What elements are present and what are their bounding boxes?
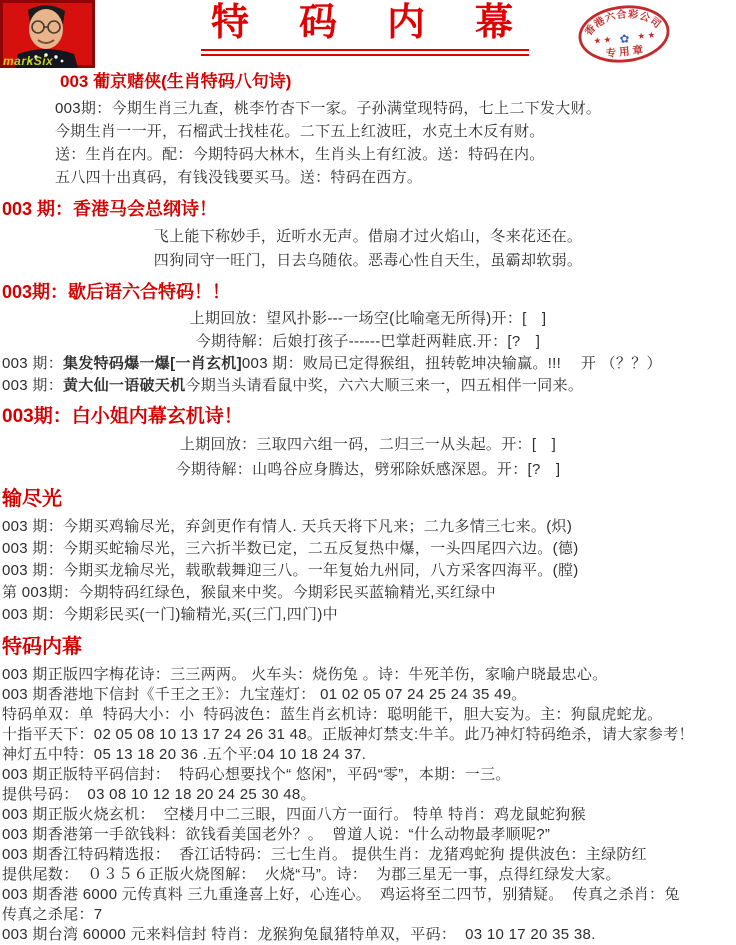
poem-line: 今期生肖一一开，石榴武士找桂花。二下五上红波旺，水克土木反有财。 <box>55 120 736 143</box>
section-shujinguang: 输尽光 003 期：今期买鸡输尽光，弃剑更作有情人. 天兵天将下凡来；二九多情三… <box>0 487 736 626</box>
tip-line: 003 期：今期买鸡输尽光，弃剑更作有情人. 天兵天将下凡来；二九多情三七来。(… <box>2 516 736 538</box>
tip-row: 003 期：黄大仙一语破天机今期当头请看鼠中奖，六六大顺三来一，四五相伴一同来。 <box>2 375 736 397</box>
tip-line: 003 期正版火烧玄机： 空楼月中二三眼，四面八方一面行。 特单 特肖：鸡龙鼠蛇… <box>2 805 736 825</box>
tip-line: 提供号码： 03 08 10 12 18 20 24 25 30 48。 <box>2 785 736 805</box>
stamp-flower-icon: ✿ <box>619 33 630 46</box>
tip-line: 十指平天下：02 05 08 10 13 17 24 26 31 48。正版神灯… <box>2 725 736 745</box>
recap-line: 上期回放：三取四六组一码，二归三一从头起。开：[ ] <box>0 432 736 457</box>
tip-row: 003 期：集发特码爆一爆[一肖玄机]003 期：败局已定得猴组，扭转乾坤决输赢… <box>2 353 736 375</box>
section-heading: 003 葡京赌侠(生肖特码八句诗) <box>60 71 736 92</box>
tip-line: 003 期正版四字梅花诗：三三两两。 火车头：烧伤兔 。诗：牛死羊伤，家喻户晓最… <box>2 665 736 685</box>
recap-line: 上期回放：望风扑影---一场空(比喻毫无所得)开：[ ] <box>0 307 736 330</box>
poem-line: 四狗同守一旺门，日去乌随依。恶毒心性自天生，虽霸却软弱。 <box>0 249 736 273</box>
tip-prefix: 003 期： <box>2 355 63 372</box>
tip-line: 003 期香港第一手欲钱料：欲钱看美国老外？。 曾道人说：“什么动物最孝顺呢?” <box>2 825 736 845</box>
tip-text: 003 期：败局已定得猴组，扭转乾坤决输赢。!!! 开 （？？） <box>242 355 662 372</box>
tip-line: 第 003期：今期特码红绿色，猴鼠来中奖。今期彩民买蓝输精光,买红绿中 <box>2 582 736 604</box>
poem-line: 003期：今期生肖三九查，桃李竹杏下一家。子孙满堂现特码，七上二下发大财。 <box>55 97 736 120</box>
tip-line: 003 期香港 6000 元传真料 三九重逢喜上好，心连心。 鸡运将至二四节，别… <box>2 885 736 905</box>
poem-line: 送：生肖在内。配：今期特码大林木，生肖头上有红波。送：特码在内。 <box>55 143 736 166</box>
section-baixiaojie: 003期：白小姐内幕玄机诗！ 上期回放：三取四六组一码，二归三一从头起。开：[ … <box>0 405 736 482</box>
portrait-photo: markSix <box>0 0 95 68</box>
stamp-oval: 香港六合彩公司 ★ ★ ✿ ★ ★ 专用章 <box>573 0 675 70</box>
tip-bold-label: 黄大仙一语破天机 <box>63 377 185 394</box>
tip-line: 神灯五中特：05 13 18 20 36 .五个平:04 10 18 24 37… <box>2 745 736 765</box>
poem-line: 五八四十出真码，有钱没钱要买马。送：特码在西方。 <box>55 166 736 189</box>
pending-line: 今期待解：山鸣谷应身腾达，劈邪除妖感深恩。开：[? ] <box>0 457 736 482</box>
marksix-watermark: markSix <box>3 55 53 68</box>
section-heading: 输尽光 <box>2 487 736 511</box>
page-title: 特 码 内 幕 <box>201 0 529 56</box>
title-block: 特 码 内 幕 <box>150 0 580 56</box>
section-heading: 003期：歇后语六合特码！！ <box>2 281 736 303</box>
section-tema-neimu: 特码内幕 003 期正版四字梅花诗：三三两两。 火车头：烧伤兔 。诗：牛死羊伤，… <box>0 635 736 945</box>
tip-line: 特码单双：单 特码大小：小 特码波色：蓝生肖玄机诗：聪明能干，胆大妄为。主：狗鼠… <box>2 705 736 725</box>
tip-line: 003 期：今期买龙输尽光，载歌载舞迎三八。一年复始九州同，八方采客四海平。(膛… <box>2 560 736 582</box>
stamp-stars-right: ★ ★ <box>637 29 656 41</box>
tip-line: 003 期正版特平码信封： 特码心想要找个“ 悠闲”，平码“零”，本期：一三。 <box>2 765 736 785</box>
section-xiehouyu: 003期：歇后语六合特码！！ 上期回放：望风扑影---一场空(比喻毫无所得)开：… <box>0 281 736 397</box>
stamp-stars-left: ★ ★ <box>593 34 612 46</box>
section-heading: 特码内幕 <box>2 635 736 659</box>
tip-line: 提供尾数： ０３５６正版火烧图解： 火烧“马”。诗： 为郡三星无一事，点得红绿发… <box>2 865 736 885</box>
tip-line: 003 期台湾 60000 元来料信封 特肖：龙猴狗兔鼠猪特单双，平码： 03 … <box>2 925 736 945</box>
tip-line: 003 期香江特码精选报： 香江话特码：三七生肖。 提供生肖：龙猪鸡蛇狗 提供波… <box>2 845 736 865</box>
poem-line: 飞上能下称妙手，近听水无声。借扇才过火焰山，冬来花还在。 <box>0 225 736 249</box>
tip-line: 003 期：今期彩民买(一门)输精光,买(三门,四门)中 <box>2 604 736 626</box>
pending-line: 今期待解：后娘打孩子------巴掌赶两鞋底.开：[? ] <box>0 330 736 353</box>
section-hkjc-poem: 003 期：香港马会总纲诗！ 飞上能下称妙手，近听水无声。借扇才过火焰山，冬来花… <box>0 198 736 273</box>
tip-line: 传真之杀尾：7 <box>2 905 736 925</box>
flyer-page: markSix 特 码 内 幕 香港六合彩公司 ★ ★ ✿ ★ ★ 专用章 00… <box>0 0 736 945</box>
tip-line: 003 期：今期买蛇输尽光，三六折半数已定，二五反复热中爆，一头四尾四六边。(德… <box>2 538 736 560</box>
tip-line: 003 期香港地下信封《千王之王》：九宝莲灯： 01 02 05 07 24 2… <box>2 685 736 705</box>
header: markSix 特 码 内 幕 香港六合彩公司 ★ ★ ✿ ★ ★ 专用章 <box>0 0 736 68</box>
company-stamp: 香港六合彩公司 ★ ★ ✿ ★ ★ 专用章 <box>573 0 675 70</box>
section-pujing-poem: 003 葡京赌侠(生肖特码八句诗) 003期：今期生肖三九查，桃李竹杏下一家。子… <box>0 71 736 189</box>
tip-text: 今期当头请看鼠中奖，六六大顺三来一，四五相伴一同来。 <box>185 377 583 394</box>
section-heading: 003期：白小姐内幕玄机诗！ <box>2 405 736 428</box>
tip-prefix: 003 期： <box>2 377 63 394</box>
section-heading: 003 期：香港马会总纲诗！ <box>2 198 736 220</box>
tip-bold-label: 集发特码爆一爆[一肖玄机] <box>63 355 242 372</box>
